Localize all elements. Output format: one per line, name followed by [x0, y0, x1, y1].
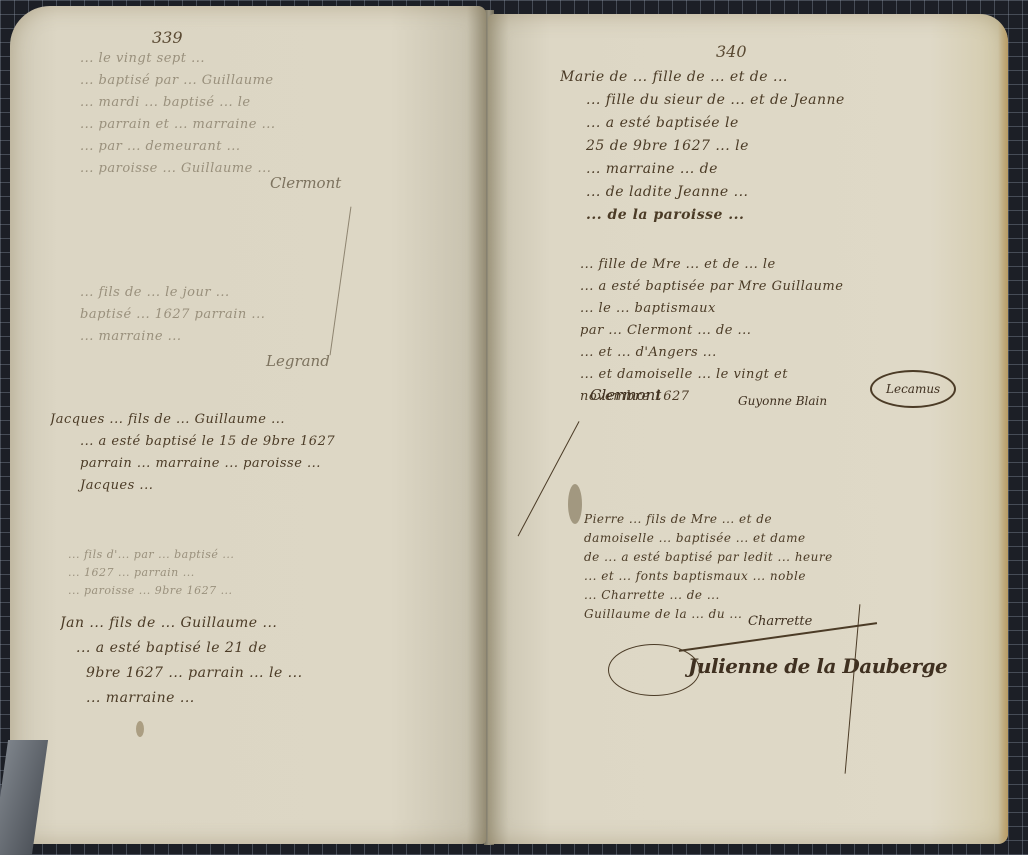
register-entry: ... fils de ... le jour ... baptisé ... … [80, 282, 470, 348]
page-number: 339 [152, 28, 183, 47]
register-entry: ... fils d'... par ... baptisé ... ... 1… [68, 546, 478, 600]
pen-flourish [608, 644, 700, 696]
register-entry: Jacques ... fils de ... Guillaume ... ..… [50, 409, 480, 497]
ink-stain [136, 721, 144, 737]
signature: Clermont [270, 174, 341, 192]
register-entry: Pierre ... fils de Mre ... et de damoise… [584, 510, 1004, 624]
right-page: 340 Marie de ... fille de ... et de ... … [488, 14, 1008, 844]
signature: Charrette [748, 614, 812, 629]
signature: Legrand [266, 352, 330, 370]
page-number: 340 [716, 42, 747, 61]
signature: Lecamus [870, 370, 956, 408]
register-entry: Marie de ... fille de ... et de ... ... … [560, 66, 990, 227]
register-entry: Jan ... fils de ... Guillaume ... ... a … [60, 611, 480, 711]
ink-stain [568, 484, 582, 524]
left-page: 339 ... le vingt sept ... ... baptisé pa… [10, 6, 486, 844]
signature: Guyonne Blain [738, 394, 827, 408]
signature: Clermont [590, 386, 661, 404]
register-entry: ... le vingt sept ... ... baptisé par ..… [80, 48, 480, 180]
pen-stroke [845, 604, 862, 774]
signature: Julienne de la Dauberge [688, 654, 947, 678]
